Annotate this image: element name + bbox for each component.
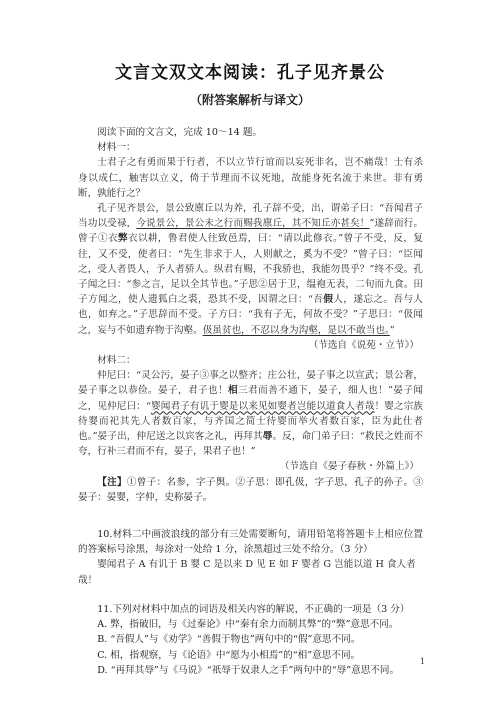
option-c: C. 相，指观察，与《论语》中“愿为小相焉”的“相”意思不同。 [78,648,423,663]
material1-para1: 士君子之有勇而果于行者，不以立节行谊而以妄死非名，岂不痛哉！士有杀身以成仁，触害… [78,155,423,201]
question-11: 11.下列对材料中加点的词语及相关内容的解说，不正确的一项是（3 分） [78,602,423,617]
notes-text: ①曾子：名参，字子舆。②子思：即孔伋，字子思，孔子的孙子。③晏子：晏婴，字仲，史… [78,477,423,503]
dotted-word: 辱 [263,431,273,442]
option-b: B. “吾假人”与《劝学》“善假于物也”两句中的“假”意思不同。 [78,632,423,647]
page-title: 文言文双文本阅读：孔子见齐景公 [0,58,500,83]
document-page: 文言文双文本阅读：孔子见齐景公 （附答案解析与译文） 阅读下面的文言文，完成 1… [0,0,500,707]
underlined-sentence: 伋虽贫也，不忍以身为沟壑，是以不敢当也。 [203,325,390,336]
question-10: 10.材料二中画波浪线的部分有三处需要断句，请用铅笔将答题卡上相应位置的答案标号… [78,527,423,557]
underlined-sentence: 今说景公，景公未之行而赐我廪丘，其不知丘亦甚矣！ [136,218,369,229]
question-stem: 下列对材料中加点的词语及相关内容的解说，不正确的一项是（3 分） [112,604,409,615]
page-number: 1 [420,657,425,666]
material2-para: 仲尼曰：“灵公污，晏子③事之以整齐；庄公壮，晏子事之以宣武；景公奢，晏子事之以恭… [78,368,423,459]
material1-label: 材料一： [78,140,423,155]
dotted-word: 假 [323,294,333,305]
page-subtitle: （附答案解析与译文） [0,91,500,108]
option-a: A. 弊，指破旧，与《过秦论》中“秦有余力而制其弊”的“弊”意思不同。 [78,617,423,632]
material2-source: （节选自《晏子春秋・外篇上》） [78,459,423,474]
material1-source: （节选自《说苑・立节》） [78,338,423,353]
wavy-underlined-sentence: 婴闻君子有讥于婴是以来见如婴者岂能以道食人者哉 [151,401,375,412]
spacer [78,505,423,527]
instruction: 阅读下面的文言文，完成 10～14 题。 [78,125,423,140]
material1-para2: 孔子见齐景公，景公致廪丘以为养，孔子辞不受，出，谓弟子曰：“吾闻君子当功以受禄，… [78,201,423,338]
question-number: 10. [97,529,112,540]
question-stem: 材料二中画波浪线的部分有三处需要断句，请用铅笔将答题卡上相应位置的答案标号涂黑，… [78,529,423,555]
document-body: 阅读下面的文言文，完成 10～14 题。 材料一： 士君子之有勇而果于行者，不以… [78,125,423,678]
material2-label: 材料二： [78,353,423,368]
option-d: D. “再拜其辱”与《马说》“祇辱于奴隶人之手”两句中的“辱”意思不同。 [78,663,423,678]
spacer [78,588,423,602]
notes: 【注】①曾子：名参，字子舆。②子思：即孔伋，字子思，孔子的孙子。③晏子：晏婴，字… [78,475,423,505]
dotted-word: 弊 [118,233,128,244]
text: ” [390,325,395,336]
notes-label: 【注】 [97,477,127,488]
question-10-sentence: 婴闻君子 A 有讥于 B 婴 C 是以来 D 见 E 如 F 婴者 G 岂能以道… [78,557,423,587]
question-number: 11. [97,604,112,615]
dotted-word: 相 [228,385,238,396]
